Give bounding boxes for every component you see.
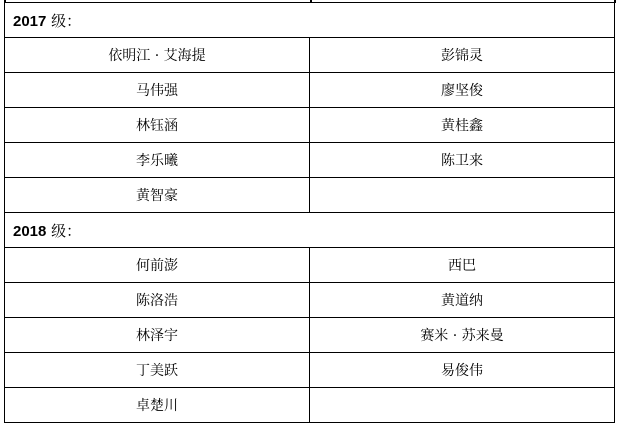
section-suffix: 级： — [46, 222, 81, 240]
top-edge-mid — [310, 0, 312, 3]
name-cell: 林泽宇 — [5, 318, 310, 353]
top-edge-right — [614, 0, 616, 3]
name-cell: 黄道纳 — [310, 283, 615, 318]
table-row: 马伟强 廖坚俊 — [5, 73, 615, 108]
name-cell: 依明江 · 艾海提 — [5, 38, 310, 73]
name-cell: 丁美跃 — [5, 353, 310, 388]
section-header-row: 2018 级： — [5, 213, 615, 248]
name-cell: 马伟强 — [5, 73, 310, 108]
student-roster-table: 2017 级： 依明江 · 艾海提 彭锦灵 马伟强 廖坚俊 林钰涵 黄桂鑫 李乐… — [4, 2, 615, 423]
section-header-2017: 2017 级： — [5, 3, 615, 38]
section-year: 2018 — [13, 223, 46, 240]
table-row: 林钰涵 黄桂鑫 — [5, 108, 615, 143]
name-cell: 卓楚川 — [5, 388, 310, 423]
section-header-row: 2017 级： — [5, 3, 615, 38]
table-row: 黄智豪 — [5, 178, 615, 213]
section-year: 2017 — [13, 13, 46, 30]
name-cell: 彭锦灵 — [310, 38, 615, 73]
table-row: 丁美跃 易俊伟 — [5, 353, 615, 388]
name-cell: 林钰涵 — [5, 108, 310, 143]
name-cell: 赛米 · 苏来曼 — [310, 318, 615, 353]
name-cell: 易俊伟 — [310, 353, 615, 388]
name-cell: 何前澎 — [5, 248, 310, 283]
empty-cell — [310, 388, 615, 423]
name-cell: 陈洛浩 — [5, 283, 310, 318]
name-cell: 李乐曦 — [5, 143, 310, 178]
table-row: 依明江 · 艾海提 彭锦灵 — [5, 38, 615, 73]
name-cell: 廖坚俊 — [310, 73, 615, 108]
top-edge-left — [4, 0, 6, 3]
table-row: 何前澎 西巴 — [5, 248, 615, 283]
empty-cell — [310, 178, 615, 213]
table-row: 卓楚川 — [5, 388, 615, 423]
name-cell: 陈卫来 — [310, 143, 615, 178]
section-suffix: 级： — [46, 12, 81, 30]
name-cell: 黄桂鑫 — [310, 108, 615, 143]
table-row: 林泽宇 赛米 · 苏来曼 — [5, 318, 615, 353]
name-cell: 西巴 — [310, 248, 615, 283]
table-row: 李乐曦 陈卫来 — [5, 143, 615, 178]
name-cell: 黄智豪 — [5, 178, 310, 213]
section-header-2018: 2018 级： — [5, 213, 615, 248]
table-row: 陈洛浩 黄道纳 — [5, 283, 615, 318]
